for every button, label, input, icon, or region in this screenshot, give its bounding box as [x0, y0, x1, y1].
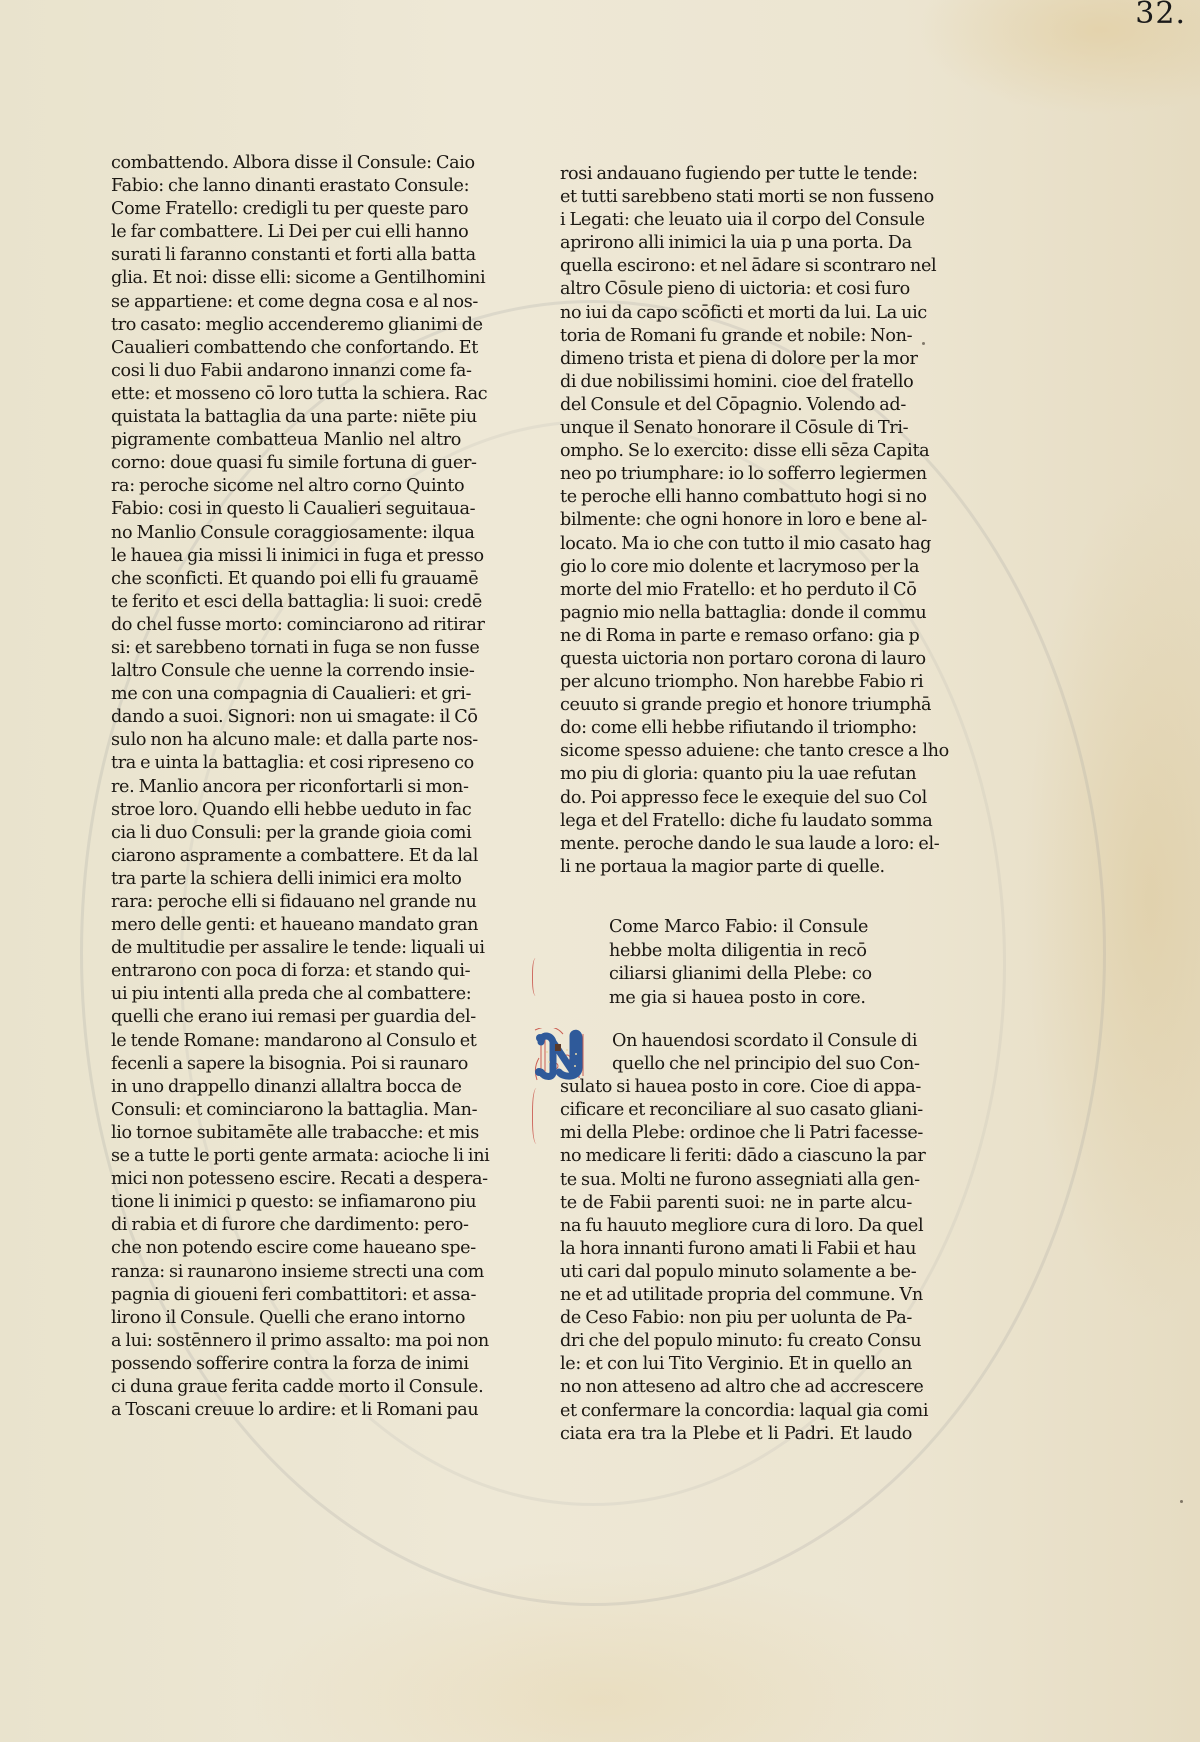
text-line: no Manlio Consule coraggiosamente: ilqua	[111, 522, 461, 545]
text-line: che non potendo escire come haueano spe-	[111, 1237, 461, 1260]
text-line: sulo non ha alcuno male: et dalla parte …	[111, 729, 461, 752]
text-line: et tutti sarebbeno stati morti se non fu…	[560, 186, 912, 209]
text-line: si: et sarebbeno tornati in fuga se non …	[111, 637, 461, 660]
text-line: a Toscani creuue lo ardire: et li Romani…	[111, 1399, 461, 1422]
chapter-heading: Come Marco Fabio: il Consulehebbe molta …	[609, 916, 859, 1010]
text-line: mo piu di gloria: quanto piu la uae refu…	[560, 763, 912, 786]
text-line: mero delle genti: et haueano mandato gra…	[111, 914, 461, 937]
specks	[922, 342, 925, 345]
text-line: unque il Senato honorare il Cōsule di Tr…	[560, 417, 912, 440]
text-line: morte del mio Fratello: et ho perduto il…	[560, 579, 912, 602]
text-line: te de Fabii parenti suoi: ne in parte al…	[560, 1192, 912, 1215]
text-line: i Legati: che leuato uia il corpo del Co…	[560, 209, 912, 232]
text-line: no iui da capo scōficti et morti da lui.…	[560, 302, 912, 325]
text-line: se appartiene: et come degna cosa e al n…	[111, 291, 461, 314]
text-line: pagnia di gioueni feri combattitori: et …	[111, 1284, 461, 1307]
text-line: de multitudie per assalire le tende: liq…	[111, 937, 461, 960]
text-line: fecenli a sapere la bisognia. Poi si rau…	[111, 1053, 461, 1076]
text-line: no non atteseno ad altro che ad accresce…	[560, 1376, 912, 1399]
text-line: la hora innanti furono amati li Fabii et…	[560, 1238, 912, 1261]
text-line: questa uictoria non portaro corona di la…	[560, 648, 912, 671]
text-line: lirono il Consule. Quelli che erano into…	[111, 1307, 461, 1330]
text-line: pagnio mio nella battaglia: donde il com…	[560, 602, 912, 625]
text-line: tra e uinta la battaglia: et cosi ripres…	[111, 752, 461, 775]
text-line: na fu hauuto megliore cura di loro. Da q…	[560, 1215, 912, 1238]
text-line: mente. peroche dando le sua laude a loro…	[560, 833, 912, 856]
text-line: se a tutte le porti gente armata: acioch…	[111, 1145, 461, 1168]
text-line: Come Marco Fabio: il Consule	[609, 916, 859, 940]
text-line: stroe loro. Quando elli hebbe ueduto in …	[111, 799, 461, 822]
text-line: cificare et reconciliare al suo casato g…	[560, 1099, 912, 1122]
text-line: ne et ad utilitade propria del commune. …	[560, 1284, 912, 1307]
text-line: do. Poi appresso fece le exequie del suo…	[560, 787, 912, 810]
text-line: altro Cōsule pieno di uictoria: et cosi …	[560, 278, 912, 301]
text-line: le far combattere. Li Dei per cui elli h…	[111, 221, 461, 244]
text-line: di rabia et di furore che dardimento: pe…	[111, 1214, 461, 1237]
text-line: Consuli: et cominciarono la battaglia. M…	[111, 1099, 461, 1122]
text-line: per alcuno triompho. Non harebbe Fabio r…	[560, 671, 912, 694]
text-line: te peroche elli hanno combattuto hogi si…	[560, 486, 912, 509]
text-line: ceuuto si grande pregio et honore triump…	[560, 694, 912, 717]
text-line: dimeno trista et piena di dolore per la …	[560, 348, 912, 371]
text-line: Fabio: cosi in questo li Caualieri segui…	[111, 498, 461, 521]
text-line: sulato si hauea posto in core. Cioe di a…	[560, 1076, 912, 1099]
text-line: cia li duo Consuli: per la grande gioia …	[111, 822, 461, 845]
text-line: me con una compagnia di Caualieri: et gr…	[111, 683, 461, 706]
text-line: glia. Et noi: disse elli: sicome a Genti…	[111, 267, 461, 290]
text-line: gio lo core mio dolente et lacrymoso per…	[560, 556, 912, 579]
text-line: et confermare la concordia: laqual gia c…	[560, 1400, 912, 1423]
text-line: ra: peroche sicome nel altro corno Quint…	[111, 475, 461, 498]
text-line: pigramente combatteua Manlio nel altro	[111, 429, 461, 452]
text-line: a lui: sostēnnero il primo assalto: ma p…	[111, 1330, 461, 1353]
text-line: ciarono aspramente a combattere. Et da l…	[111, 845, 461, 868]
text-line: locato. Ma io che con tutto il mio casat…	[560, 533, 912, 556]
text-line: rara: peroche elli si fidauano nel grand…	[111, 891, 461, 914]
text-line: in uno drappello dinanzi allaltra bocca …	[111, 1076, 461, 1099]
text-line: ranza: si raunarono insieme strecti una …	[111, 1261, 461, 1284]
text-line: dri che del populo minuto: fu creato Con…	[560, 1330, 912, 1353]
rubric-penwork-mark	[532, 1088, 543, 1144]
text-line: Fabio: che lanno dinanti erastato Consul…	[111, 175, 461, 198]
text-line: le tende Romane: mandarono al Consulo et	[111, 1030, 461, 1053]
text-line: quello che nel principio del suo Con-	[560, 1053, 912, 1076]
rubric-penwork-mark	[532, 958, 541, 996]
text-line: combattendo. Albora disse il Consule: Ca…	[111, 152, 461, 175]
text-line: uti cari dal populo minuto solamente a b…	[560, 1261, 912, 1284]
text-line: li ne portaua la magior parte di quelle.	[560, 856, 912, 879]
text-line: quella escirono: et nel ādare si scontra…	[560, 255, 912, 278]
text-line: ompho. Se lo exercito: disse elli sēza C…	[560, 440, 912, 463]
text-line: do chel fusse morto: cominciarono ad rit…	[111, 614, 461, 637]
text-line: de Ceso Fabio: non piu per uolunta de Pa…	[560, 1307, 912, 1330]
text-line: re. Manlio ancora per riconfortarli si m…	[111, 776, 461, 799]
text-line: no medicare li feriti: dādo a ciascuno l…	[560, 1145, 912, 1168]
text-line: le hauea gia missi li inimici in fuga et…	[111, 545, 461, 568]
text-line: tro casato: meglio accenderemo glianimi …	[111, 314, 461, 337]
text-line: del Consule et del Cōpagnio. Volendo ad-	[560, 394, 912, 417]
folio-number: 32.	[1135, 0, 1186, 31]
specks	[1180, 1500, 1183, 1503]
chapter-body-column: On hauendosi scordato il Consule diquell…	[560, 1030, 912, 1446]
text-line: che sconficti. Et quando poi elli fu gra…	[111, 568, 461, 591]
text-line: cosi li duo Fabii andarono innanzi come …	[111, 360, 461, 383]
text-line: lio tornoe subitamēte alle trabacche: et…	[111, 1122, 461, 1145]
text-line: mi della Plebe: ordinoe che li Patri fac…	[560, 1122, 912, 1145]
text-line: sicome spesso aduiene: che tanto cresce …	[560, 740, 912, 763]
text-line: corno: doue quasi fu simile fortuna di g…	[111, 452, 461, 475]
text-line: hebbe molta diligentia in recō	[609, 940, 859, 964]
text-line: quelli che erano iui remasi per guardia …	[111, 1006, 461, 1029]
text-line: On hauendosi scordato il Consule di	[560, 1030, 912, 1053]
text-line: Caualieri combattendo che confortando. E…	[111, 337, 461, 360]
text-line: possendo sofferire contra la forza de in…	[111, 1353, 461, 1376]
text-line: ette: et mosseno cō loro tutta la schier…	[111, 383, 461, 406]
text-line: le: et con lui Tito Verginio. Et in quel…	[560, 1353, 912, 1376]
text-line: bilmente: che ogni honore in loro e bene…	[560, 509, 912, 532]
text-line: neo po triumphare: io lo sofferro legier…	[560, 463, 912, 486]
text-line: ciata era tra la Plebe et li Padri. Et l…	[560, 1423, 912, 1446]
text-line: ciliarsi glianimi della Plebe: co	[609, 963, 859, 987]
left-text-column: combattendo. Albora disse il Consule: Ca…	[111, 152, 461, 1422]
text-line: do: come elli hebbe rifiutando il triomp…	[560, 717, 912, 740]
text-line: ci duna graue ferita cadde morto il Cons…	[111, 1376, 461, 1399]
text-line: tione li inimici p questo: se infiamaron…	[111, 1191, 461, 1214]
text-line: te sua. Molti ne furono assegniati alla …	[560, 1169, 912, 1192]
text-line: di due nobilissimi homini. cioe del frat…	[560, 371, 912, 394]
text-line: laltro Consule che uenne la correndo ins…	[111, 660, 461, 683]
text-line: tra parte la schiera delli inimici era m…	[111, 868, 461, 891]
right-text-column: rosi andauano fugiendo per tutte le tend…	[560, 163, 912, 879]
text-line: aprirono alli inimici la uia p una porta…	[560, 232, 912, 255]
text-line: entrarono con poca di forza: et stando q…	[111, 960, 461, 983]
text-line: ne di Roma in parte e remaso orfano: gia…	[560, 625, 912, 648]
text-line: quistata la battaglia da una parte: niēt…	[111, 406, 461, 429]
text-line: dando a suoi. Signori: non ui smagate: i…	[111, 706, 461, 729]
text-line: Come Fratello: credigli tu per queste pa…	[111, 198, 461, 221]
text-line: ui piu intenti alla preda che al combatt…	[111, 983, 461, 1006]
text-line: lega et del Fratello: diche fu laudato s…	[560, 810, 912, 833]
text-line: me gia si hauea posto in core.	[609, 987, 859, 1011]
text-line: te ferito et esci della battaglia: li su…	[111, 591, 461, 614]
text-line: surati li faranno constanti et forti all…	[111, 244, 461, 267]
text-line: rosi andauano fugiendo per tutte le tend…	[560, 163, 912, 186]
text-line: mici non potesseno escire. Recati a desp…	[111, 1168, 461, 1191]
text-line: toria de Romani fu grande et nobile: Non…	[560, 325, 912, 348]
